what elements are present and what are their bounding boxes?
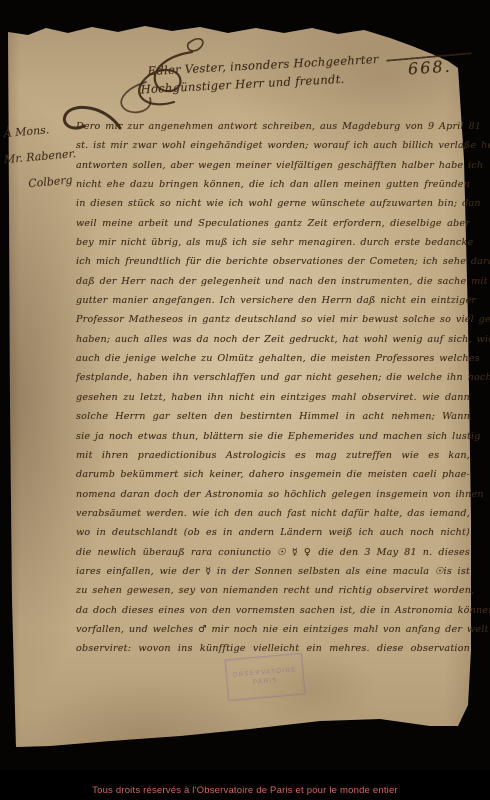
scanned-manuscript-photo: 668. Edler Vester, insonders Hochgeehrte… <box>0 0 490 800</box>
manuscript-line: ich mich freundtlich für die berichte ob… <box>76 252 470 271</box>
margin-note-line-3: Colberg <box>27 167 79 197</box>
manuscript-line: mit ihren praedictionibus Astrologicis e… <box>76 446 470 465</box>
manuscript-line: festplande, haben ihn verschlaffen und g… <box>76 368 470 387</box>
manuscript-line: bey mir nicht übrig, als muß ich sie seh… <box>76 233 470 252</box>
library-ink-stamp: OBSERVATOIRE PARIS <box>224 653 305 702</box>
manuscript-line: iares einfallen, wie der ☿ in der Sonnen… <box>76 562 470 581</box>
manuscript-line: in diesen stück so nicht wie ich wohl ge… <box>76 194 470 213</box>
manuscript-line: wo in deutschlandt (ob es in andern Länd… <box>76 523 470 542</box>
copyright-caption-text: Tous droits réservés à l'Observatoire de… <box>0 785 490 796</box>
manuscript-line: auch die jenige welche zu Olmütz gehalte… <box>76 349 470 368</box>
manuscript-line: zu sehen gewesen, sey von niemanden rech… <box>76 581 470 600</box>
manuscript-line: sie ja noch etwas thun, blättern sie die… <box>76 427 470 446</box>
manuscript-line: antworten sollen, aber wegen meiner viel… <box>76 156 470 175</box>
manuscript-line: haben; auch alles was da noch der Zeit g… <box>76 330 470 349</box>
manuscript-line: nomena daran doch der Astronomia so höch… <box>76 485 470 504</box>
manuscript-line: nicht ehe dazu bringen können, die ich d… <box>76 175 470 194</box>
manuscript-line: solche Herrn gar selten den bestirnten H… <box>76 407 470 426</box>
manuscript-line: vorfallen, und welches ♂ mir noch nie ei… <box>76 620 470 639</box>
copyright-caption-bar: Tous droits réservés à l'Observatoire de… <box>0 770 490 800</box>
manuscript-line: gesehen zu letzt, haben ihn nicht ein ei… <box>76 388 470 407</box>
manuscript-body-text: Dero mir zur angenehmen antwort schreibe… <box>76 117 470 659</box>
manuscript-line: die newlich überauß rara coniunctio ☉ ☿ … <box>76 543 470 562</box>
manuscript-line: daß der Herr nach der gelegenheit und na… <box>76 272 470 291</box>
manuscript-line: verabsäumet werden. wie ich den auch fas… <box>76 504 470 523</box>
folio-number: 668. <box>407 57 452 79</box>
manuscript-line: darumb bekümmert sich keiner, dahero ins… <box>76 465 470 484</box>
manuscript-line: gutter manier angefangen. Ich versichere… <box>76 291 470 310</box>
manuscript-line: da doch dieses eines von den vornemsten … <box>76 601 470 620</box>
address-margin-note: À Mons. Mr. Rabener. Colberg <box>3 115 80 199</box>
manuscript-line: Professor Matheseos in gantz deutschland… <box>76 310 470 329</box>
manuscript-line: weil meine arbeit und Speculationes gant… <box>76 214 470 233</box>
manuscript-line: Dero mir zur angenehmen antwort schreibe… <box>76 117 470 136</box>
stamp-line-2: PARIS <box>253 676 279 687</box>
manuscript-line: st. ist mir zwar wohl eingehändiget word… <box>76 136 470 155</box>
